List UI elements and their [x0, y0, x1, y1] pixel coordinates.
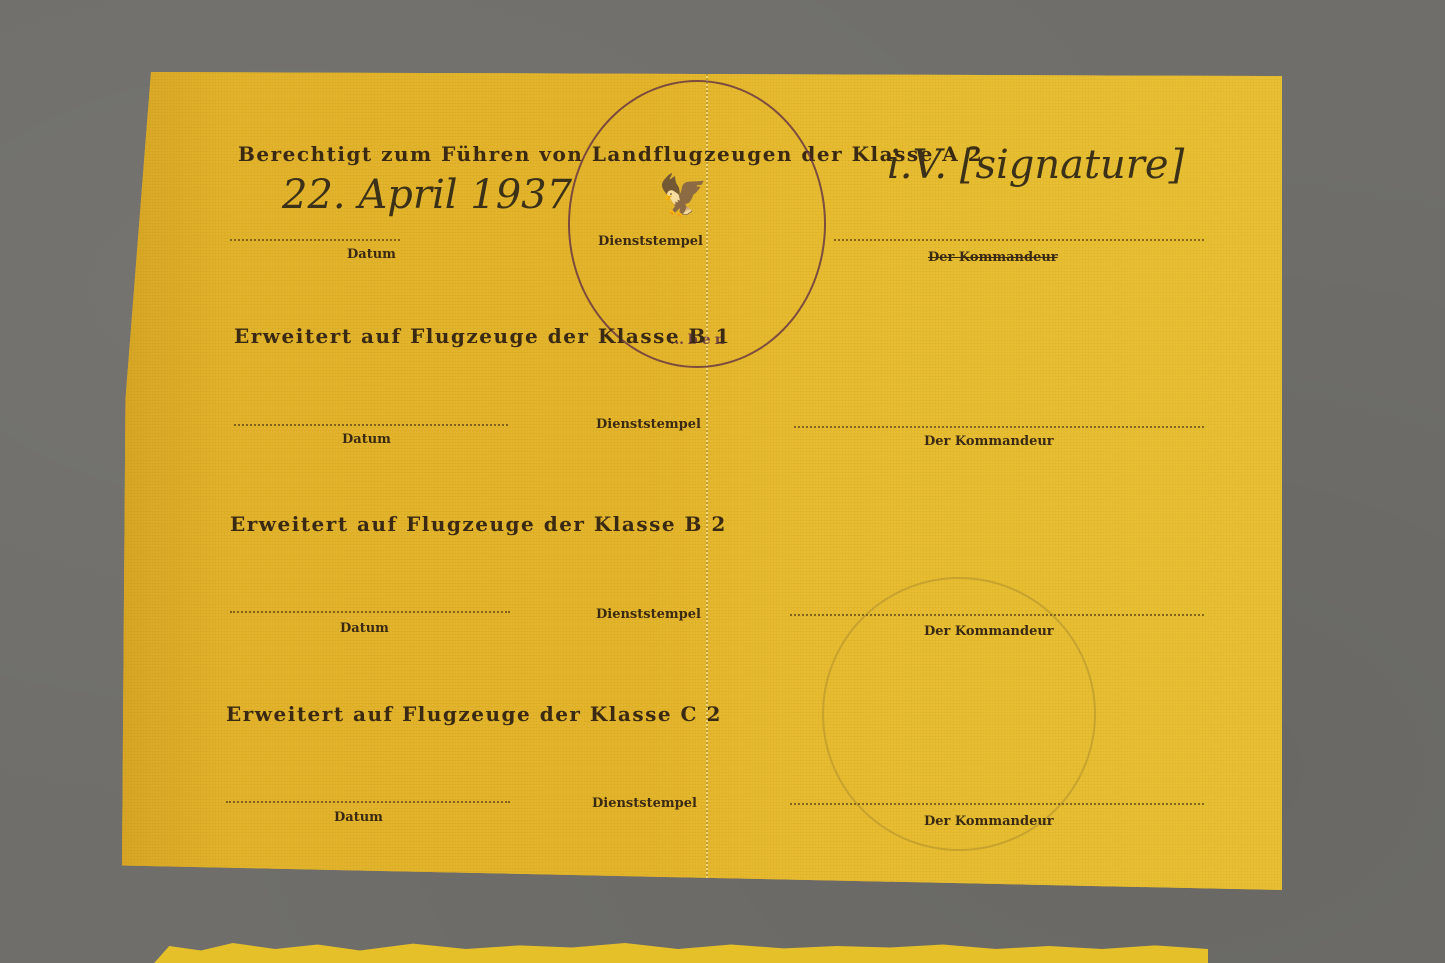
date-line-4	[226, 801, 510, 803]
commander-label-1: Der Kommandeur	[928, 250, 1058, 265]
date-label-3: Datum	[340, 621, 389, 636]
date-line-3	[230, 611, 510, 613]
commander-label-4: Der Kommandeur	[924, 814, 1054, 829]
handwritten-date: 22. April 1937	[282, 172, 572, 218]
commander-line-4	[790, 803, 1204, 805]
date-line-1	[230, 239, 400, 241]
eagle-emblem-icon: 🦅	[658, 172, 708, 219]
stamp-label-2: Dienststempel	[596, 417, 701, 432]
frayed-fabric-edge	[148, 940, 1208, 963]
stamp-label-3: Dienststempel	[596, 607, 701, 622]
date-line-2	[234, 424, 508, 426]
commander-label-2: Der Kommandeur	[924, 434, 1054, 449]
faint-stamp	[822, 577, 1096, 851]
section-4-title: Erweitert auf Flugzeuge der Klasse C 2	[226, 702, 722, 726]
commander-line-1	[834, 239, 1204, 241]
section-3-title: Erweitert auf Flugzeuge der Klasse B 2	[230, 512, 727, 536]
license-card: Berechtigt zum Führen von Landflugzeugen…	[122, 72, 1282, 890]
commander-line-2	[794, 426, 1204, 428]
date-label-2: Datum	[342, 432, 391, 447]
commander-signature: i.V. [signature]	[887, 142, 1184, 188]
date-label-4: Datum	[334, 810, 383, 825]
date-label-1: Datum	[347, 247, 396, 262]
stamp-label-4: Dienststempel	[592, 796, 697, 811]
section-2-title: Erweitert auf Flugzeuge der Klasse B 1	[234, 324, 731, 348]
